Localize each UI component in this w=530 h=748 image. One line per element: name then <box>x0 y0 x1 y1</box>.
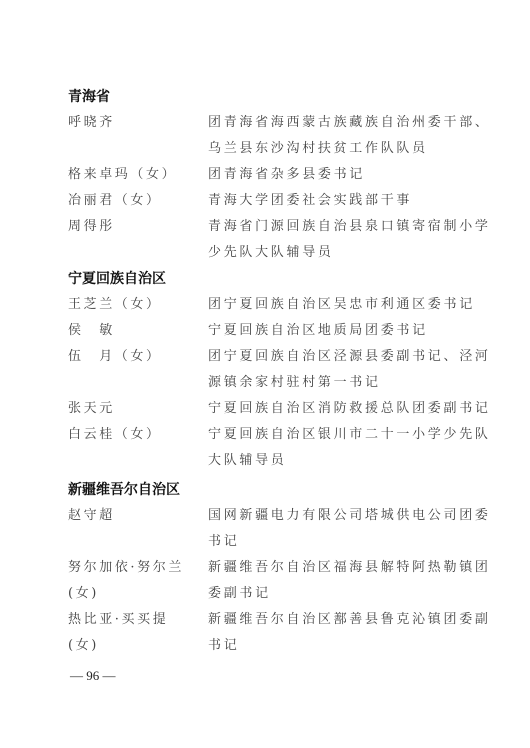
person-name: 冶丽君（女） <box>68 188 162 214</box>
list-item: 格来卓玛（女） 团青海省杂多县委书记 <box>0 162 530 188</box>
list-item: 白云桂（女） 宁夏回族自治区银川市二十一小学少先队 <box>0 422 530 448</box>
person-name: (女) <box>68 633 99 659</box>
person-position: 团青海省海西蒙古族藏族自治州委干部、 <box>208 110 491 136</box>
person-position: 青海省门源回族自治县泉口镇寄宿制小学 <box>208 214 491 240</box>
list-item: 周得彤 青海省门源回族自治县泉口镇寄宿制小学 <box>0 214 530 240</box>
document-page: 青海省 呼晓齐 团青海省海西蒙古族藏族自治州委干部、 乌兰县东沙沟村扶贫工作队队… <box>0 0 530 748</box>
person-name: 赵守超 <box>68 503 115 529</box>
list-item: 张天元 宁夏回族自治区消防救援总队团委副书记 <box>0 396 530 422</box>
section-heading: 新疆维吾尔自治区 <box>68 477 180 503</box>
person-name: 努尔加依·努尔兰 <box>68 555 184 581</box>
list-item: 侯 敏 宁夏回族自治区地质局团委书记 <box>0 318 530 344</box>
person-position: 宁夏回族自治区银川市二十一小学少先队 <box>208 422 491 448</box>
list-item: 源镇余家村驻村第一书记 <box>0 370 530 396</box>
person-name: 侯 敏 <box>68 318 115 344</box>
person-position: 委副书记 <box>208 581 271 607</box>
list-item: 书记 <box>0 529 530 555</box>
person-position: 青海大学团委社会实践部干事 <box>208 188 412 214</box>
person-position: 源镇余家村驻村第一书记 <box>208 370 381 396</box>
section-heading-row: 宁夏回族自治区 <box>0 266 530 292</box>
person-name: 热比亚·买买提 <box>68 607 168 633</box>
person-position: 团宁夏回族自治区泾源县委副书记、泾河 <box>208 344 491 370</box>
list-item: 冶丽君（女） 青海大学团委社会实践部干事 <box>0 188 530 214</box>
list-item: 大队辅导员 <box>0 448 530 474</box>
person-position: 宁夏回族自治区地质局团委书记 <box>208 318 428 344</box>
person-position: 少先队大队辅导员 <box>208 240 334 266</box>
list-item: 呼晓齐 团青海省海西蒙古族藏族自治州委干部、 <box>0 110 530 136</box>
list-item: 王芝兰（女） 团宁夏回族自治区吴忠市利通区委书记 <box>0 292 530 318</box>
list-item: 乌兰县东沙沟村扶贫工作队队员 <box>0 136 530 162</box>
person-name: 周得彤 <box>68 214 115 240</box>
list-item: 努尔加依·努尔兰 新疆维吾尔自治区福海县解特阿热勒镇团 <box>0 555 530 581</box>
person-position: 新疆维吾尔自治区鄯善县鲁克沁镇团委副 <box>208 607 491 633</box>
person-position: 大队辅导员 <box>208 448 287 474</box>
person-position: 团宁夏回族自治区吴忠市利通区委书记 <box>208 292 475 318</box>
person-position: 乌兰县东沙沟村扶贫工作队队员 <box>208 136 428 162</box>
person-position: 团青海省杂多县委书记 <box>208 162 365 188</box>
person-name: 呼晓齐 <box>68 110 115 136</box>
person-position: 国网新疆电力有限公司塔城供电公司团委 <box>208 503 491 529</box>
person-position: 书记 <box>208 633 239 659</box>
section-heading-row: 青海省 <box>0 84 530 110</box>
list-item: (女) 书记 <box>0 633 530 659</box>
person-position: 新疆维吾尔自治区福海县解特阿热勒镇团 <box>208 555 491 581</box>
person-name: 王芝兰（女） <box>68 292 162 318</box>
person-name: 白云桂（女） <box>68 422 162 448</box>
person-position: 书记 <box>208 529 239 555</box>
section-heading-row: 新疆维吾尔自治区 <box>0 477 530 503</box>
person-position: 宁夏回族自治区消防救援总队团委副书记 <box>208 396 491 422</box>
list-item: 少先队大队辅导员 <box>0 240 530 266</box>
page-number: — 96 — <box>70 668 116 684</box>
list-item: 热比亚·买买提 新疆维吾尔自治区鄯善县鲁克沁镇团委副 <box>0 607 530 633</box>
section-heading: 青海省 <box>68 84 110 110</box>
list-item: 伍 月（女） 团宁夏回族自治区泾源县委副书记、泾河 <box>0 344 530 370</box>
person-name: 张天元 <box>68 396 115 422</box>
section-heading: 宁夏回族自治区 <box>68 266 166 292</box>
person-name: (女) <box>68 581 99 607</box>
list-item: (女) 委副书记 <box>0 581 530 607</box>
list-item: 赵守超 国网新疆电力有限公司塔城供电公司团委 <box>0 503 530 529</box>
person-name: 伍 月（女） <box>68 344 162 370</box>
person-name: 格来卓玛（女） <box>68 162 177 188</box>
